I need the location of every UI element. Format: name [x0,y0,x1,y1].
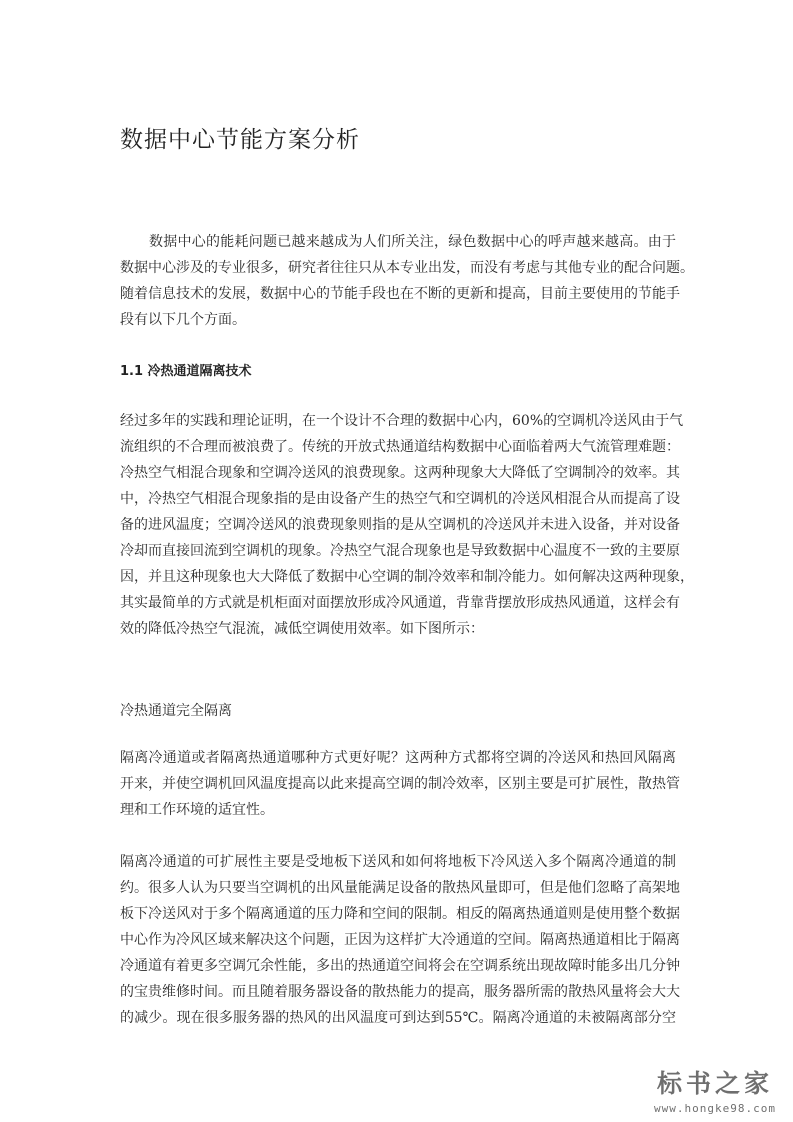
document-title: 数据中心节能方案分析 [120,121,360,154]
text-line: 隔离冷通道或者隔离热通道哪种方式更好呢？这两种方式都将空调的冷送风和热回风隔离 [120,745,676,771]
text-line: 冷热空气相混合现象和空调冷送风的浪费现象。这两种现象大大降低了空调制冷的效率。其 [120,460,676,486]
text-line: 隔离冷通道的可扩展性主要是受地板下送风和如何将地板下冷风送入多个隔离冷通道的制 [120,849,676,875]
text-line: 段有以下几个方面。 [120,307,676,333]
text-line: 备的进风温度；空调冷送风的浪费现象则指的是从空调机的冷送风并未进入设备，并对设备 [120,512,676,538]
text-line: 板下冷送风对于多个隔离通道的压力降和空间的限制。相反的隔离热通道则是使用整个数据 [120,901,676,927]
watermark-url: www.hongke98.com [640,1102,790,1115]
text-line: 开来，并使空调机回风温度提高以此来提高空调的制冷效率，区别主要是可扩展性，散热管 [120,771,676,797]
text-line: 中，冷热空气相混合现象指的是由设备产生的热空气和空调机的冷送风相混合从而提高了设 [120,486,676,512]
section-heading: 1.1 冷热通道隔离技术 [120,360,252,379]
text-line: 冷通道有着更多空调冗余性能，多出的热通道空间将会在空调系统出现故障时能多出几分钟 [120,953,676,979]
text-line: 约。很多人认为只要当空调机的出风量能满足设备的散热风量即可，但是他们忽略了高架地 [120,875,676,901]
text-line: 的减少。现在很多服务器的热风的出风温度可到达到55℃。隔离冷通道的未被隔离部分空 [120,1005,676,1031]
text-line: 冷却而直接回流到空调机的现象。冷热空气混合现象也是导致数据中心温度不一致的主要原 [120,538,676,564]
text-line: 理和工作环境的适宜性。 [120,797,676,823]
text-line: 流组织的不合理而被浪费了。传统的开放式热通道结构数据中心面临着两大气流管理难题： [120,434,676,460]
watermark: 标书之家 www.hongke98.com [640,1064,790,1115]
text-line: 数据中心的能耗问题已越来越成为人们所关注，绿色数据中心的呼声越来越高。由于 [120,229,676,255]
text-line: 中心作为冷风区域来解决这个问题，正因为这样扩大冷通道的空间。隔离热通道相比于隔离 [120,927,676,953]
intro-paragraph: 数据中心的能耗问题已越来越成为人们所关注，绿色数据中心的呼声越来越高。由于 数据… [120,229,676,333]
watermark-logo: 标书之家 [640,1064,790,1100]
text-line: 数据中心涉及的专业很多，研究者往往只从本专业出发，而没有考虑与其他专业的配合问题… [120,255,676,281]
paragraph-2: 隔离冷通道或者隔离热通道哪种方式更好呢？这两种方式都将空调的冷送风和热回风隔离 … [120,745,676,823]
text-line: 的宝贵维修时间。而且随着服务器设备的散热能力的提高，服务器所需的散热风量将会大大 [120,979,676,1005]
paragraph-3: 隔离冷通道的可扩展性主要是受地板下送风和如何将地板下冷风送入多个隔离冷通道的制 … [120,849,676,1031]
text-line: 经过多年的实践和理论证明，在一个设计不合理的数据中心内，60%的空调机冷送风由于… [120,408,676,434]
figure-caption: 冷热通道完全隔离 [120,700,232,720]
document-page: 数据中心节能方案分析 数据中心的能耗问题已越来越成为人们所关注，绿色数据中心的呼… [0,0,793,1122]
text-line: 效的降低冷热空气混流，减低空调使用效率。如下图所示： [120,616,676,642]
text-line: 其实最简单的方式就是机柜面对面摆放形成冷风通道，背靠背摆放形成热风通道，这样会有 [120,590,676,616]
text-line: 随着信息技术的发展，数据中心的节能手段也在不断的更新和提高，目前主要使用的节能手 [120,281,676,307]
section-paragraph: 经过多年的实践和理论证明，在一个设计不合理的数据中心内，60%的空调机冷送风由于… [120,408,676,642]
text-line: 因，并且这种现象也大大降低了数据中心空调的制冷效率和制冷能力。如何解决这两种现象… [120,564,676,590]
